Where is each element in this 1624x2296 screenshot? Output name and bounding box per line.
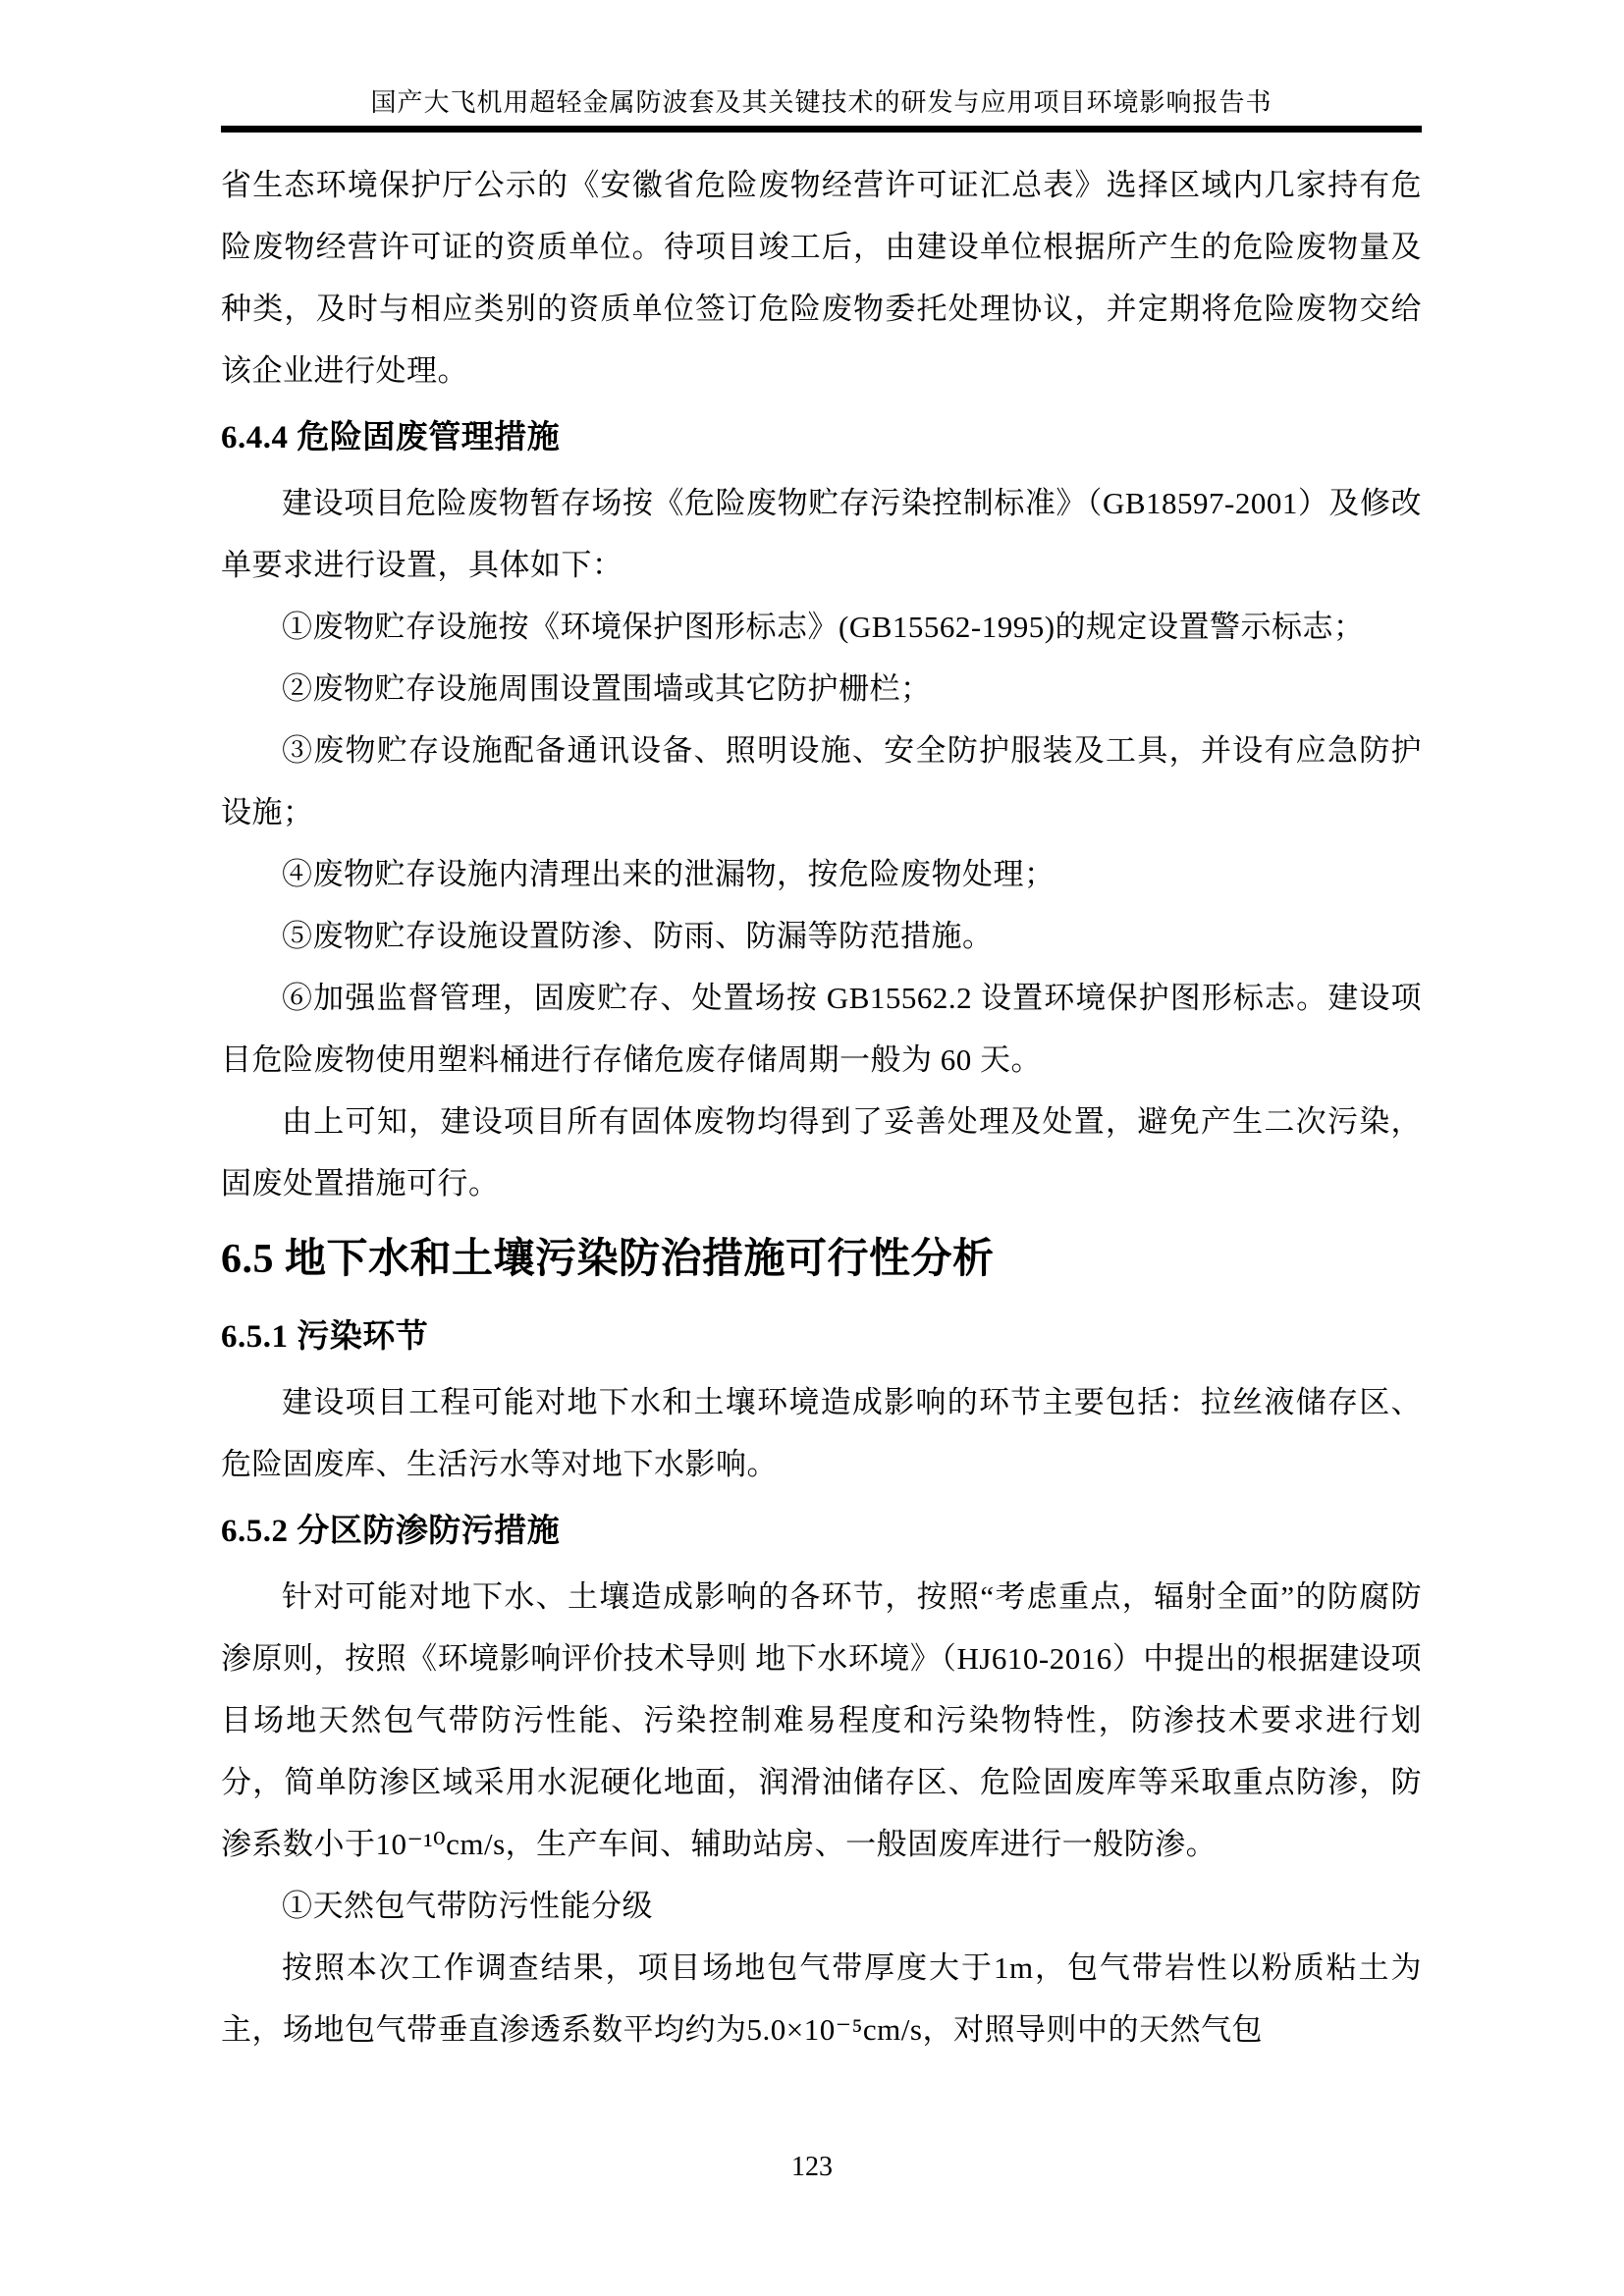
document-page: 国产大飞机用超轻金属防波套及其关键技术的研发与应用项目环境影响报告书 省生态环境… [0, 0, 1624, 2296]
list-item-5-seepage-proof: ⑤废物贮存设施设置防渗、防雨、防漏等防范措施。 [221, 905, 1422, 967]
heading-6-5-2-zoned-anti-seepage: 6.5.2 分区防渗防污措施 [221, 1497, 1422, 1566]
list-item-2-fence: ②废物贮存设施周围设置围墙或其它防护栅栏； [221, 658, 1422, 720]
document-body: 省生态环境保护厅公示的《安徽省危险废物经营许可证汇总表》选择区域内几家持有危险废… [221, 154, 1422, 2060]
paragraph-anti-seepage-measures: 针对可能对地下水、土壤造成影响的各环节，按照“考虑重点，辐射全面”的防腐防渗原则… [221, 1566, 1422, 1875]
list-item-4-leakage: ④废物贮存设施内清理出来的泄漏物，按危险废物处理； [221, 843, 1422, 905]
heading-6-4-4-hazardous-solid-waste-management: 6.4.4 危险固废管理措施 [221, 403, 1422, 472]
heading-6-5-1-pollution-links: 6.5.1 污染环节 [221, 1303, 1422, 1371]
list-item-1-warning-signs: ①废物贮存设施按《环境保护图形标志》(GB15562-1995)的规定设置警示标… [221, 596, 1422, 658]
heading-6-5-groundwater-soil-analysis: 6.5 地下水和土壤污染防治措施可行性分析 [221, 1218, 1422, 1301]
paragraph-hazwaste-permit-continuation: 省生态环境保护厅公示的《安徽省危险废物经营许可证汇总表》选择区域内几家持有危险废… [221, 154, 1422, 401]
list-item-3-equipment: ③废物贮存设施配备通讯设备、照明设施、安全防护服装及工具，并设有应急防护设施； [221, 720, 1422, 843]
paragraph-survey-results: 按照本次工作调查结果，项目场地包气带厚度大于1m，包气带岩性以粉质粘土为主，场地… [221, 1937, 1422, 2060]
paragraph-solid-waste-conclusion: 由上可知，建设项目所有固体废物均得到了妥善处理及处置，避免产生二次污染，固废处置… [221, 1091, 1422, 1214]
header-rule-divider [221, 126, 1422, 133]
list-item-6-supervision: ⑥加强监督管理，固废贮存、处置场按 GB15562.2 设置环境保护图形标志。建… [221, 967, 1422, 1091]
list-item-vadose-zone-grading: ①天然包气带防污性能分级 [221, 1875, 1422, 1937]
paragraph-storage-standard-intro: 建设项目危险废物暂存场按《危险废物贮存污染控制标准》（GB18597-2001）… [221, 472, 1422, 596]
page-number: 123 [0, 2153, 1624, 2182]
page-header-title: 国产大飞机用超轻金属防波套及其关键技术的研发与应用项目环境影响报告书 [221, 86, 1422, 120]
paragraph-pollution-links-detail: 建设项目工程可能对地下水和土壤环境造成影响的环节主要包括：拉丝液储存区、危险固废… [221, 1371, 1422, 1495]
